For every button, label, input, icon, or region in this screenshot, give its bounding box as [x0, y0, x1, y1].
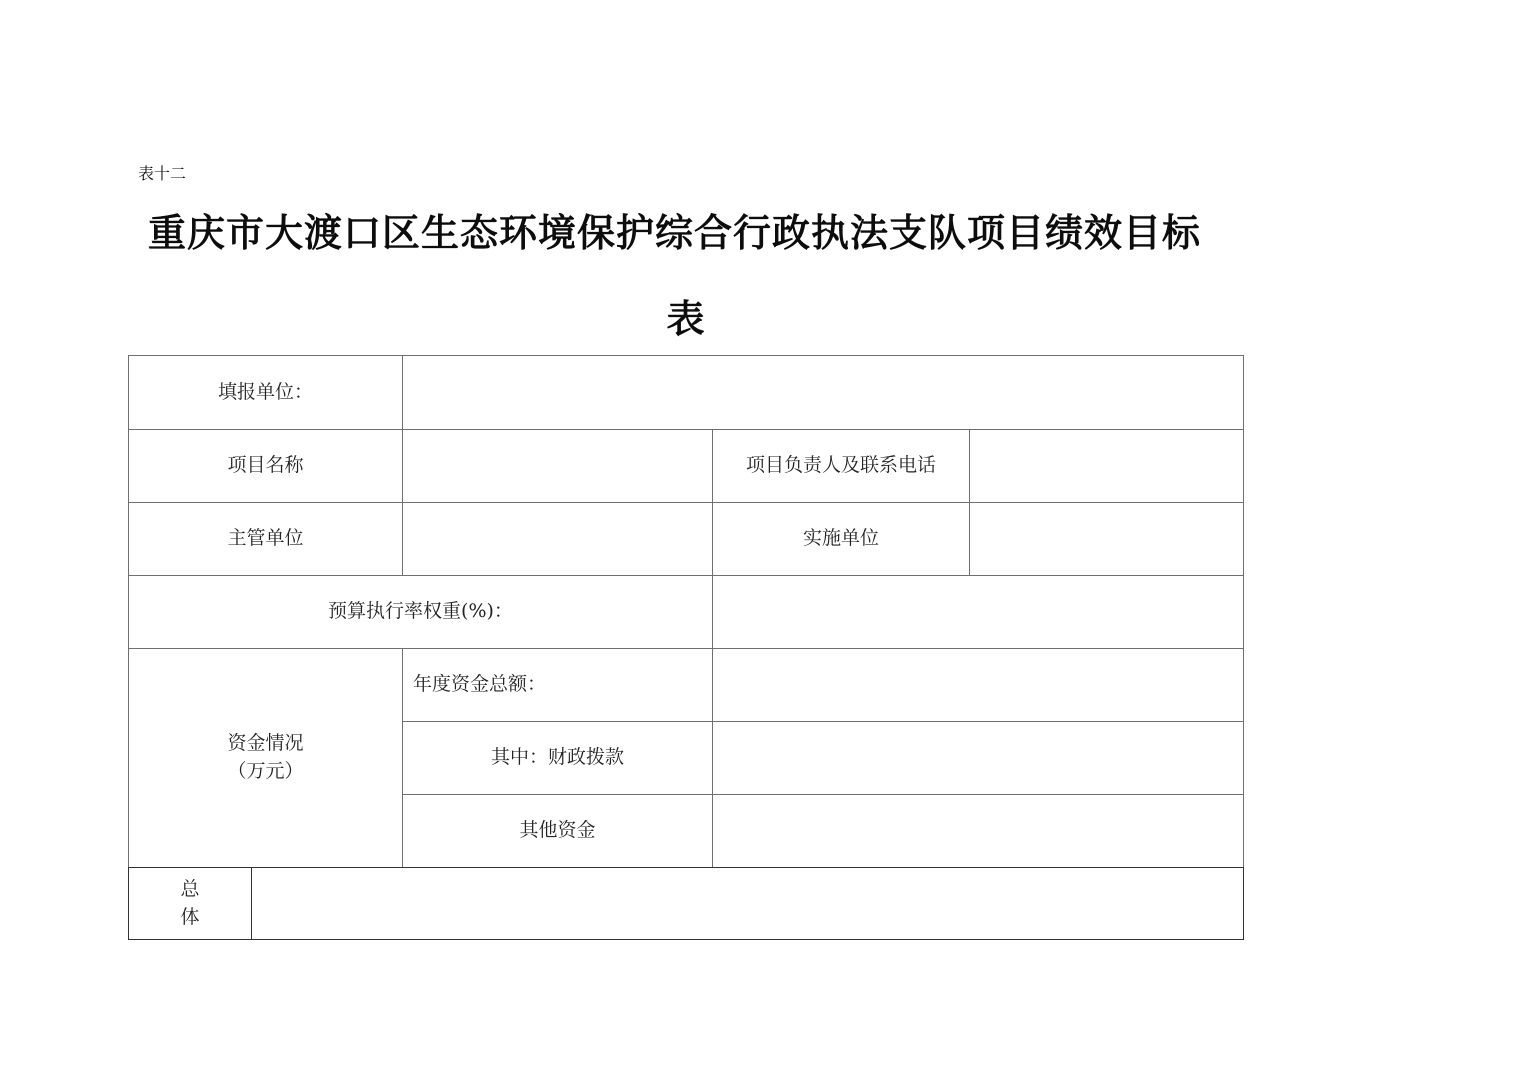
implementing-unit-label: 实施单位	[712, 502, 970, 576]
document-title: 重庆市大渡口区生态环境保护综合行政执法支队项目绩效目标	[148, 202, 1228, 257]
fill-unit-label: 填报单位：	[128, 355, 403, 430]
fill-unit-field[interactable]	[402, 355, 1244, 430]
other-funds-field[interactable]	[712, 794, 1244, 868]
funds-label-unit: （万元）	[227, 758, 303, 786]
supervising-unit-label: 主管单位	[128, 502, 403, 576]
project-lead-label: 项目负责人及联系电话	[712, 429, 970, 503]
funds-label: 资金情况 （万元）	[128, 648, 403, 868]
implementing-unit-field[interactable]	[969, 502, 1244, 576]
overall-target-field[interactable]	[251, 867, 1244, 940]
fiscal-allocation-field[interactable]	[712, 721, 1244, 795]
overall-label-line1: 总	[180, 876, 199, 904]
project-name-field[interactable]	[402, 429, 713, 503]
supervising-unit-field[interactable]	[402, 502, 713, 576]
funds-label-line1: 资金情况	[227, 730, 303, 758]
budget-weight-field[interactable]	[712, 575, 1244, 649]
project-lead-field[interactable]	[969, 429, 1244, 503]
annual-total-field[interactable]	[712, 648, 1244, 722]
project-name-label: 项目名称	[128, 429, 403, 503]
table-number-label: 表十二	[138, 161, 186, 184]
other-funds-label: 其他资金	[402, 794, 713, 868]
overall-label: 总 体	[128, 867, 252, 940]
budget-weight-label: 预算执行率权重(%)：	[128, 575, 713, 649]
document-title-continued: 表	[128, 288, 1244, 343]
performance-target-table: 填报单位： 项目名称 项目负责人及联系电话 主管单位 实施单位 预算执行率权重(…	[128, 355, 1244, 940]
annual-total-label: 年度资金总额：	[402, 648, 713, 722]
fiscal-allocation-label: 其中：财政拨款	[402, 721, 713, 795]
overall-label-line2: 体	[180, 904, 199, 932]
